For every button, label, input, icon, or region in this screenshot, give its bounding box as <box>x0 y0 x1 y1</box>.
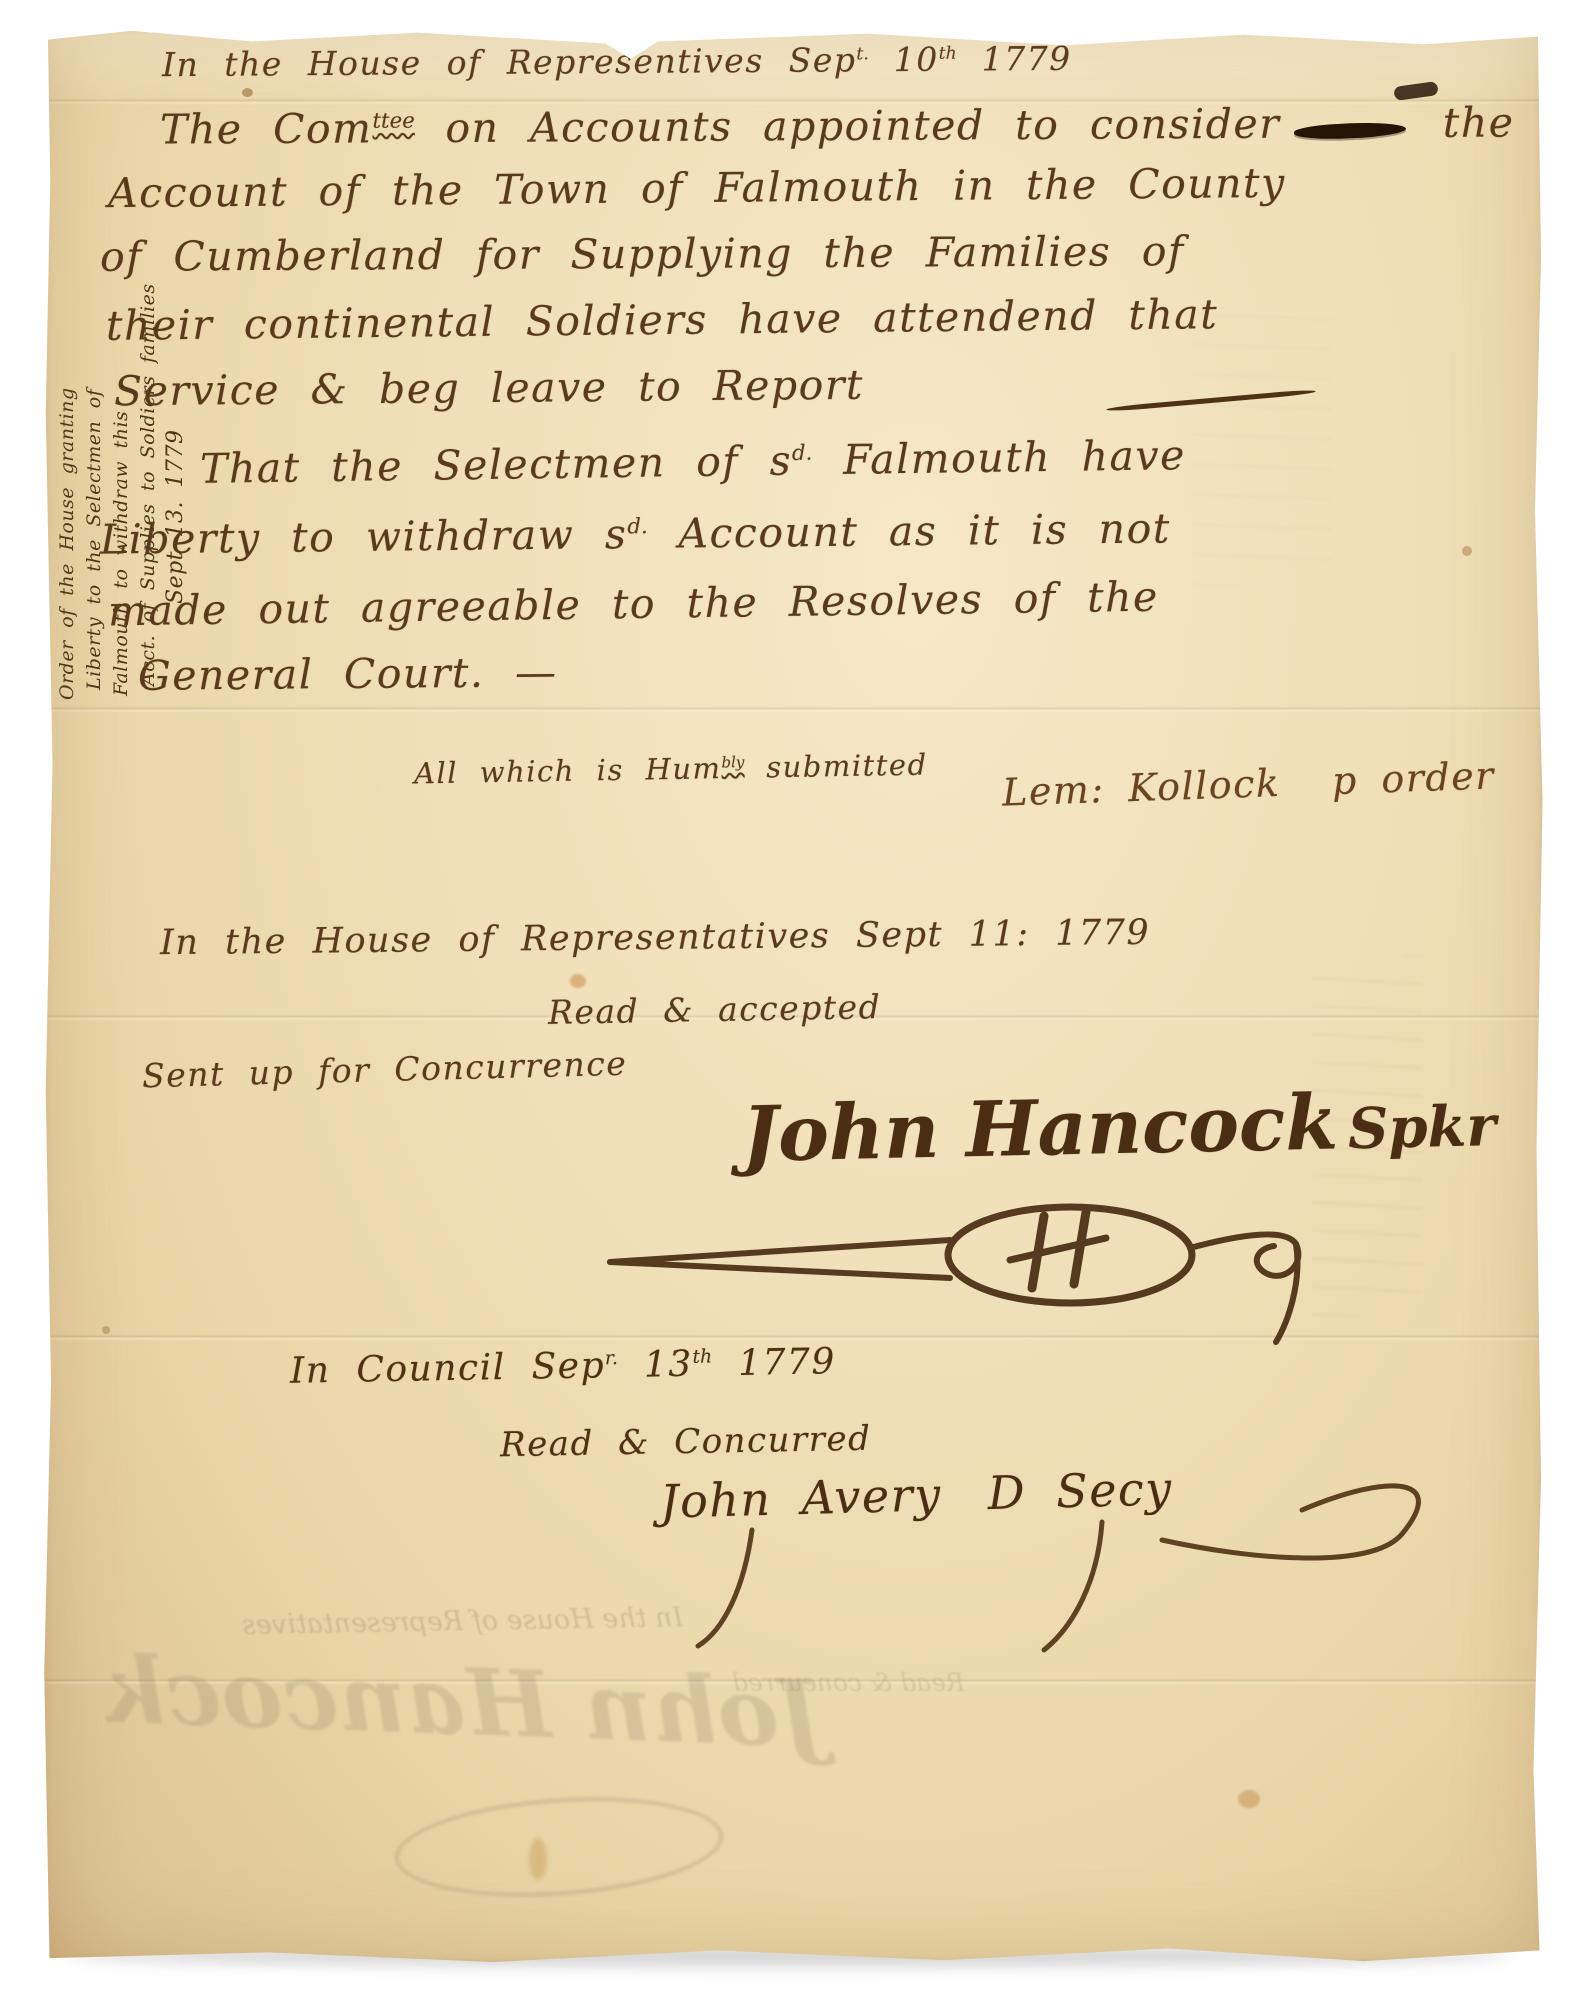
sent-up-line: Sent up for Concurrence <box>142 1044 628 1096</box>
superscript: th <box>692 1346 712 1367</box>
body-text: That the Selectmen of s <box>200 437 793 493</box>
superscript: bly <box>721 753 744 771</box>
stain <box>1462 546 1472 556</box>
bleed-through-smudge <box>1192 306 1332 586</box>
submission-text: submitted <box>744 748 928 785</box>
clerk-name: Lem: Kollock <box>1001 761 1281 815</box>
council-text: In Council Sep <box>290 1345 606 1391</box>
superscript: t. <box>856 44 868 64</box>
body-line-1: The Comttee on Accounts appointed to con… <box>160 98 1515 153</box>
council-day: 13 <box>618 1344 693 1386</box>
body-text: Liberty to withdraw s <box>100 510 628 564</box>
dateline-house-sept10: In the House of Representives Sept. 10th… <box>162 39 1072 84</box>
stain <box>242 88 253 97</box>
read-accepted-line: Read & accepted <box>548 987 882 1032</box>
body-text: on Accounts appointed to consider <box>415 100 1281 153</box>
hancock-name: John Hancock <box>741 1077 1339 1178</box>
clerk-signature: Lem: Kollock p order <box>1001 753 1495 814</box>
hancock-title: Spkr <box>1347 1093 1496 1162</box>
dateline-day: 10 <box>869 40 939 79</box>
avery-flourish <box>602 1438 1482 1668</box>
submission-text: All which is Hum <box>414 751 722 790</box>
body-line-3: of Cumberland for Supplying the Families… <box>100 227 1185 281</box>
council-year: 1779 <box>712 1341 836 1384</box>
ink-blot-strikeout <box>1294 121 1407 141</box>
body-line-6: That the Selectmen of sd. Falmouth have <box>200 431 1186 493</box>
dateline-council-sept13: In Council Sepr. 13th 1779 <box>290 1341 836 1392</box>
manuscript-page: Order of the House granting Liberty to t… <box>42 26 1544 1964</box>
dateline-text: In the House of Representives Sep <box>162 40 857 84</box>
docket-line: Order of the House granting <box>54 226 81 700</box>
body-text: the <box>1412 98 1514 147</box>
body-line-7: Liberty to withdraw sd. Account as it is… <box>100 504 1171 563</box>
water-stain <box>529 1838 547 1880</box>
clerk-per-order: p order <box>1331 753 1495 803</box>
bleed-through-paraph <box>391 1787 727 1908</box>
stain <box>102 1326 110 1334</box>
manuscript-photo: Order of the House granting Liberty to t… <box>0 0 1592 2000</box>
body-text: The Com <box>160 104 373 153</box>
flourish-dash <box>1106 389 1316 412</box>
dateline-year: 1779 <box>957 39 1072 79</box>
fold-crease <box>42 706 1544 713</box>
superscript: r. <box>605 1348 618 1369</box>
submission-line: All which is Humbly submitted <box>414 748 928 791</box>
superscript: ttee <box>372 109 414 134</box>
body-line-5: Service & beg leave to Report <box>114 361 864 416</box>
stain <box>1238 1790 1260 1808</box>
hancock-signature: John HancockSpkr <box>741 1074 1496 1179</box>
stain <box>570 974 586 988</box>
body-text: Account as it is not <box>648 504 1171 557</box>
docket-line: Liberty to the Selectmen of <box>81 226 108 700</box>
superscript: th <box>939 44 957 64</box>
superscript: d. <box>627 514 648 539</box>
body-text: Falmouth have <box>812 431 1186 484</box>
body-line-2: Account of the Town of Falmouth in the C… <box>108 159 1286 217</box>
superscript: d. <box>792 441 813 466</box>
body-line-9: General Court. — <box>138 648 558 700</box>
body-line-8: made out agreeable to the Resolves of th… <box>108 573 1159 636</box>
body-line-4: their continental Soldiers have attenden… <box>106 290 1219 350</box>
dateline-house-sept11: In the House of Representatives Sept 11:… <box>160 913 1151 963</box>
